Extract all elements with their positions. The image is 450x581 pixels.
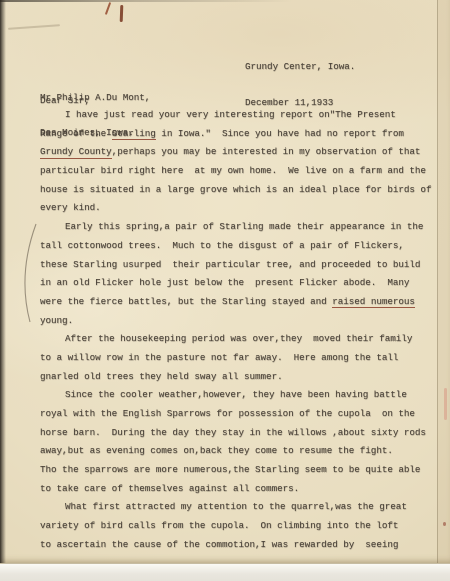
body-text: house is situated in a large grove which… [40, 184, 431, 195]
body-line: variety of bird calls from the cupola. O… [40, 517, 431, 536]
body-line: After the housekeeping period was over,t… [40, 330, 431, 349]
scan-background-strip [0, 563, 450, 581]
body-text: Since the cooler weather,however, they h… [65, 389, 407, 400]
body-text: variety of bird calls from the cupola. O… [40, 520, 398, 531]
letter-paper: Grundy Center, Iowa. December 11,1933 Mr… [0, 0, 450, 563]
body-line: tall cottonwood trees. Much to the disgu… [40, 237, 431, 256]
red-speck [443, 522, 446, 526]
place-line: Grundy Center, Iowa. [245, 61, 355, 73]
body-text: Tho the sparrows are more numerous,the S… [40, 464, 420, 475]
body-line: away,but as evening comes on,back they c… [40, 442, 431, 461]
body-line: royal with the English Sparrows for poss… [40, 405, 431, 424]
body-text: to take care of themselves against all c… [40, 483, 299, 494]
body-line: Tho the sparrows are more numerous,the S… [40, 461, 431, 480]
underlined-text: Starling [112, 128, 156, 141]
body-text: horse barn. During the day they stay in … [40, 427, 426, 438]
letter-body: I have just read your very interesting r… [40, 106, 431, 555]
body-text: to ascertain the cause of the commotion,… [40, 539, 398, 550]
body-text: in an old Flicker hole just below the pr… [40, 277, 409, 288]
body-text: After the housekeeping period was over,t… [65, 333, 412, 344]
body-line: every kind. [40, 199, 431, 218]
body-line: What first attracted my attention to the… [40, 498, 431, 517]
body-text: particular bird right here at my own hom… [40, 165, 426, 176]
body-line: gnarled old trees they held sway all sum… [40, 368, 431, 387]
body-text: tall cottonwood trees. Much to the disgu… [40, 240, 404, 251]
body-line: Range of the Starling in Iowa." Since yo… [40, 125, 431, 144]
salutation: Dear Sir; [40, 95, 90, 106]
body-text: I have just read your very interesting r… [65, 109, 396, 120]
body-text: young. [40, 315, 73, 326]
body-line: were the fierce battles, but the Starlin… [40, 293, 431, 312]
body-line: to take care of themselves against all c… [40, 480, 431, 499]
paper-crease-zone [438, 0, 450, 563]
body-line: I have just read your very interesting r… [40, 106, 431, 125]
body-line: to ascertain the cause of the commotion,… [40, 536, 431, 555]
underlined-text: Grundy County [40, 146, 112, 159]
body-line: young. [40, 312, 431, 331]
body-text: to a willow row in the pasture not far a… [40, 352, 398, 363]
body-text: were the fierce battles, but the Starlin… [40, 296, 332, 307]
body-text: Early this spring,a pair of Starling mad… [65, 221, 423, 232]
body-line: Early this spring,a pair of Starling mad… [40, 218, 431, 237]
body-line: to a willow row in the pasture not far a… [40, 349, 431, 368]
body-text: in Iowa." Since you have had no report f… [156, 128, 404, 139]
paper-crease-line [437, 0, 438, 563]
underlined-text: raised numerous [332, 296, 415, 309]
body-text: these Starling usurped their particular … [40, 259, 420, 270]
body-text: What first attracted my attention to the… [65, 501, 407, 512]
body-text: gnarled old trees they held sway all sum… [40, 371, 283, 382]
body-line: particular bird right here at my own hom… [40, 162, 431, 181]
body-line: house is situated in a large grove which… [40, 181, 431, 200]
scan-edge-left [0, 0, 6, 563]
scanned-letter-page: Grundy Center, Iowa. December 11,1933 Mr… [0, 0, 450, 581]
body-text: Range of the [40, 128, 112, 139]
body-line: Since the cooler weather,however, they h… [40, 386, 431, 405]
scan-edge-top [0, 0, 450, 2]
body-line: Grundy County,perhaps you may be interes… [40, 143, 431, 162]
body-text: ,perhaps you may be interested in my obs… [112, 146, 421, 157]
body-text: away,but as evening comes on,back they c… [40, 445, 393, 456]
body-text: every kind. [40, 202, 101, 213]
red-smudge [444, 388, 447, 420]
body-line: horse barn. During the day they stay in … [40, 424, 431, 443]
body-text: royal with the English Sparrows for poss… [40, 408, 415, 419]
body-line: in an old Flicker hole just below the pr… [40, 274, 431, 293]
body-line: these Starling usurped their particular … [40, 256, 431, 275]
